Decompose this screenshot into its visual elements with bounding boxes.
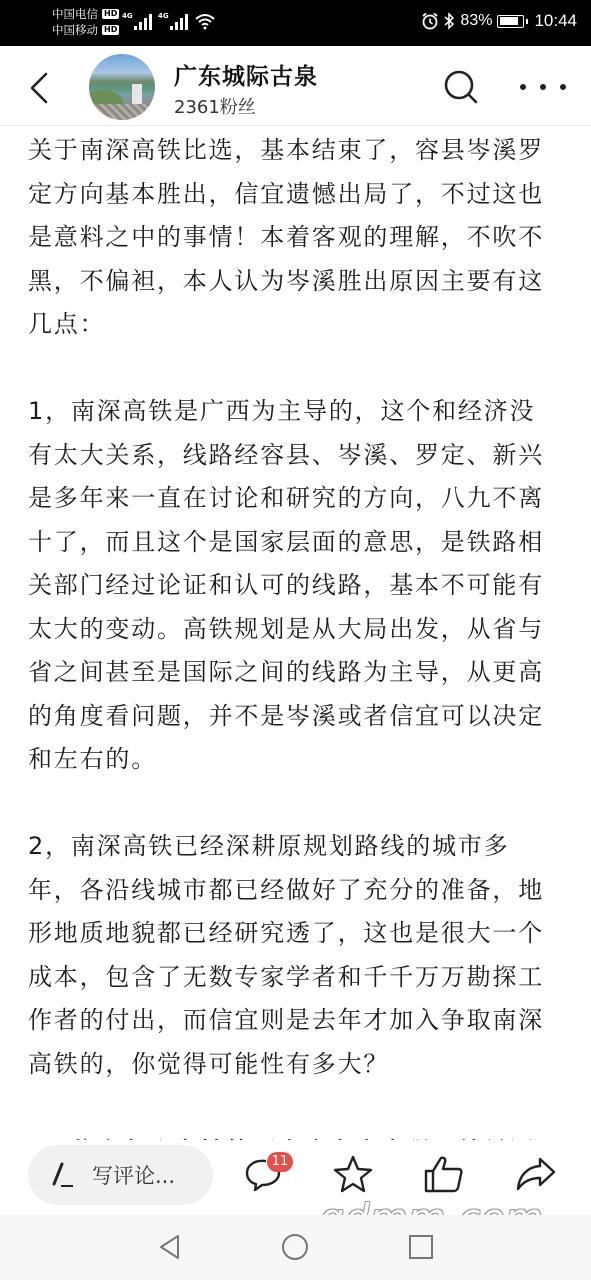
status-right: 83% 10:44 (421, 11, 577, 31)
account-header: 广东城际古泉 2361粉丝 (0, 46, 591, 126)
article-body: 关于南深高铁比选，基本结束了，容县岑溪罗定方向基本胜出，信宜遗憾出局了，不过这也… (0, 127, 591, 1142)
hd-badge: HD (102, 9, 119, 19)
carrier-1: 中国电信 (52, 6, 98, 22)
more-icon[interactable] (520, 84, 566, 92)
bluetooth-icon (444, 12, 455, 30)
network-type: 4G (122, 12, 133, 20)
thumbs-up-icon[interactable] (422, 1154, 466, 1194)
article-paragraph: 关于南深高铁比选，基本结束了，容县岑溪罗定方向基本胜出，信宜遗憾出局了，不过这也… (0, 127, 591, 347)
network-type: 4G (158, 12, 169, 20)
status-bar: 中国电信 HD 中国移动 HD 4G 4G (0, 0, 591, 46)
comment-input[interactable]: 写评论... (28, 1145, 213, 1205)
article-paragraph: 1，南深高铁是广西为主导的，这个和经济没有太大关系，线路经容县、岑溪、罗定、新兴… (0, 390, 591, 782)
hd-badge: HD (102, 25, 119, 35)
star-icon[interactable] (331, 1154, 375, 1194)
carrier-2: 中国移动 (52, 22, 98, 38)
pen-icon (52, 1162, 74, 1188)
share-icon[interactable] (514, 1154, 558, 1194)
search-icon[interactable] (442, 68, 480, 106)
back-icon[interactable] (22, 68, 56, 108)
article-paragraph: 2，南深高铁已经深耕原规划路线的城市多年，各沿线城市都已经做好了充分的准备，地形… (0, 825, 591, 1086)
nav-recents-icon[interactable] (407, 1233, 435, 1261)
system-nav-bar (0, 1215, 591, 1280)
nav-back-icon[interactable] (156, 1233, 184, 1261)
wifi-icon (194, 12, 216, 30)
nav-home-icon[interactable] (281, 1233, 309, 1261)
battery-icon (497, 15, 524, 28)
carrier-info: 中国电信 HD 中国移动 HD (52, 6, 119, 38)
avatar[interactable] (89, 54, 155, 120)
follower-count: 2361粉丝 (174, 93, 256, 119)
account-name[interactable]: 广东城际古泉 (174, 58, 318, 91)
signal-icon: 4G (122, 12, 152, 30)
signal-icon: 4G (158, 12, 188, 30)
signal-group: 4G 4G (122, 12, 216, 30)
battery-percent: 83% (460, 12, 492, 30)
clock: 10:44 (534, 11, 577, 31)
alarm-icon (421, 12, 439, 30)
comment-placeholder: 写评论... (92, 1160, 175, 1190)
comment-count-badge: 11 (267, 1152, 293, 1172)
